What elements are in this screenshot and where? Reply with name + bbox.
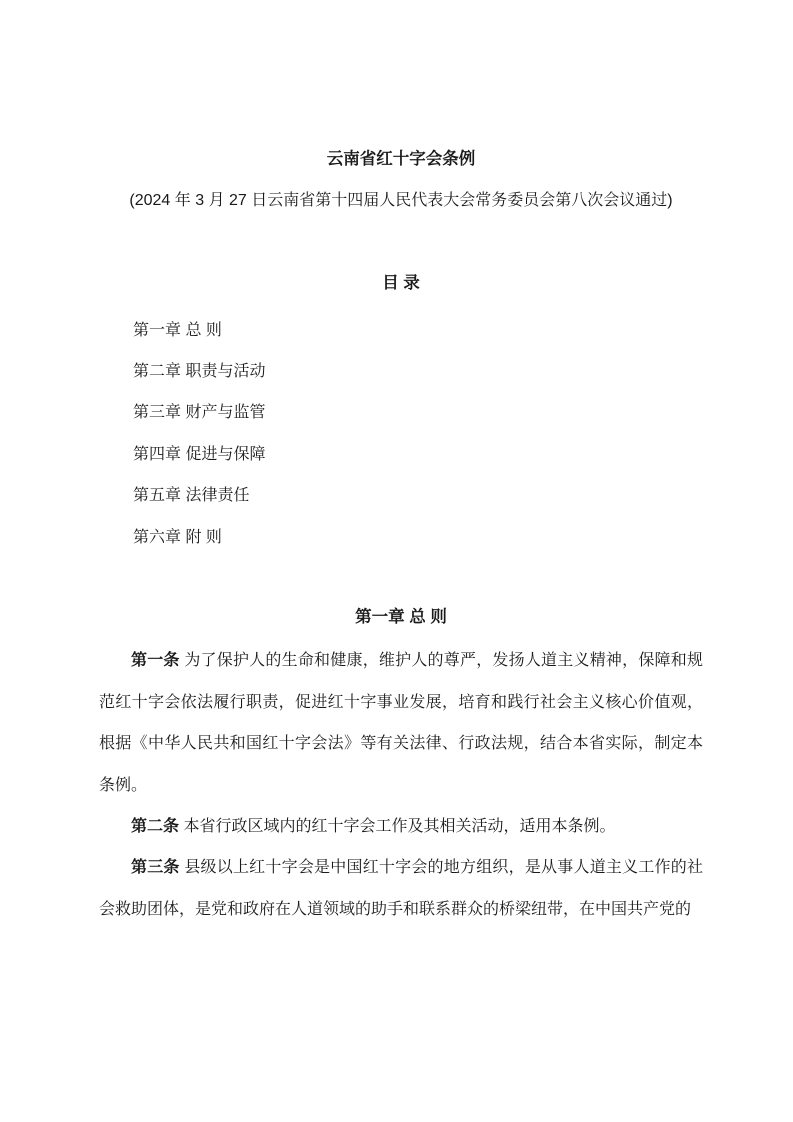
toc-item-chapter-5: 第五章 法律责任 (99, 475, 703, 516)
document-subtitle: (2024 年 3 月 27 日云南省第十四届人民代表大会常务委员会第八次会议通… (99, 180, 703, 221)
article-3-text: 县级以上红十字会是中国红十字会的地方组织，是从事人道主义工作的社会救助团体，是党… (99, 859, 703, 917)
document-content: 云南省红十字会条例 (2024 年 3 月 27 日云南省第十四届人民代表大会常… (0, 0, 793, 930)
toc-heading: 目 录 (99, 263, 703, 304)
article-1-text: 为了保护人的生命和健康，维护人的尊严，发扬人道主义精神，保障和规范红十字会依法履… (99, 652, 703, 793)
article-1-number: 第一条 (131, 652, 180, 669)
toc-item-chapter-4: 第四章 促进与保障 (99, 434, 703, 475)
toc-item-chapter-1: 第一章 总 则 (99, 310, 703, 351)
article-2-number: 第二条 (131, 818, 179, 835)
toc-item-chapter-3: 第三章 财产与监管 (99, 392, 703, 433)
document-page: 云南省红十字会条例 (2024 年 3 月 27 日云南省第十四届人民代表大会常… (0, 0, 793, 1122)
toc-list: 第一章 总 则 第二章 职责与活动 第三章 财产与监管 第四章 促进与保障 第五… (99, 310, 703, 558)
article-2-text: 本省行政区域内的红十字会工作及其相关活动，适用本条例。 (183, 818, 615, 835)
toc-item-chapter-6: 第六章 附 则 (99, 517, 703, 558)
toc-item-chapter-2: 第二章 职责与活动 (99, 351, 703, 392)
article-3-number: 第三条 (131, 859, 180, 876)
article-2-paragraph: 第二条 本省行政区域内的红十字会工作及其相关活动，适用本条例。 (99, 806, 703, 847)
article-1-paragraph: 第一条 为了保护人的生命和健康，维护人的尊严，发扬人道主义精神，保障和规范红十字… (99, 640, 703, 806)
chapter-1-heading: 第一章 总 则 (99, 597, 703, 638)
document-title: 云南省红十字会条例 (99, 139, 703, 180)
article-3-paragraph: 第三条 县级以上红十字会是中国红十字会的地方组织，是从事人道主义工作的社会救助团… (99, 847, 703, 930)
